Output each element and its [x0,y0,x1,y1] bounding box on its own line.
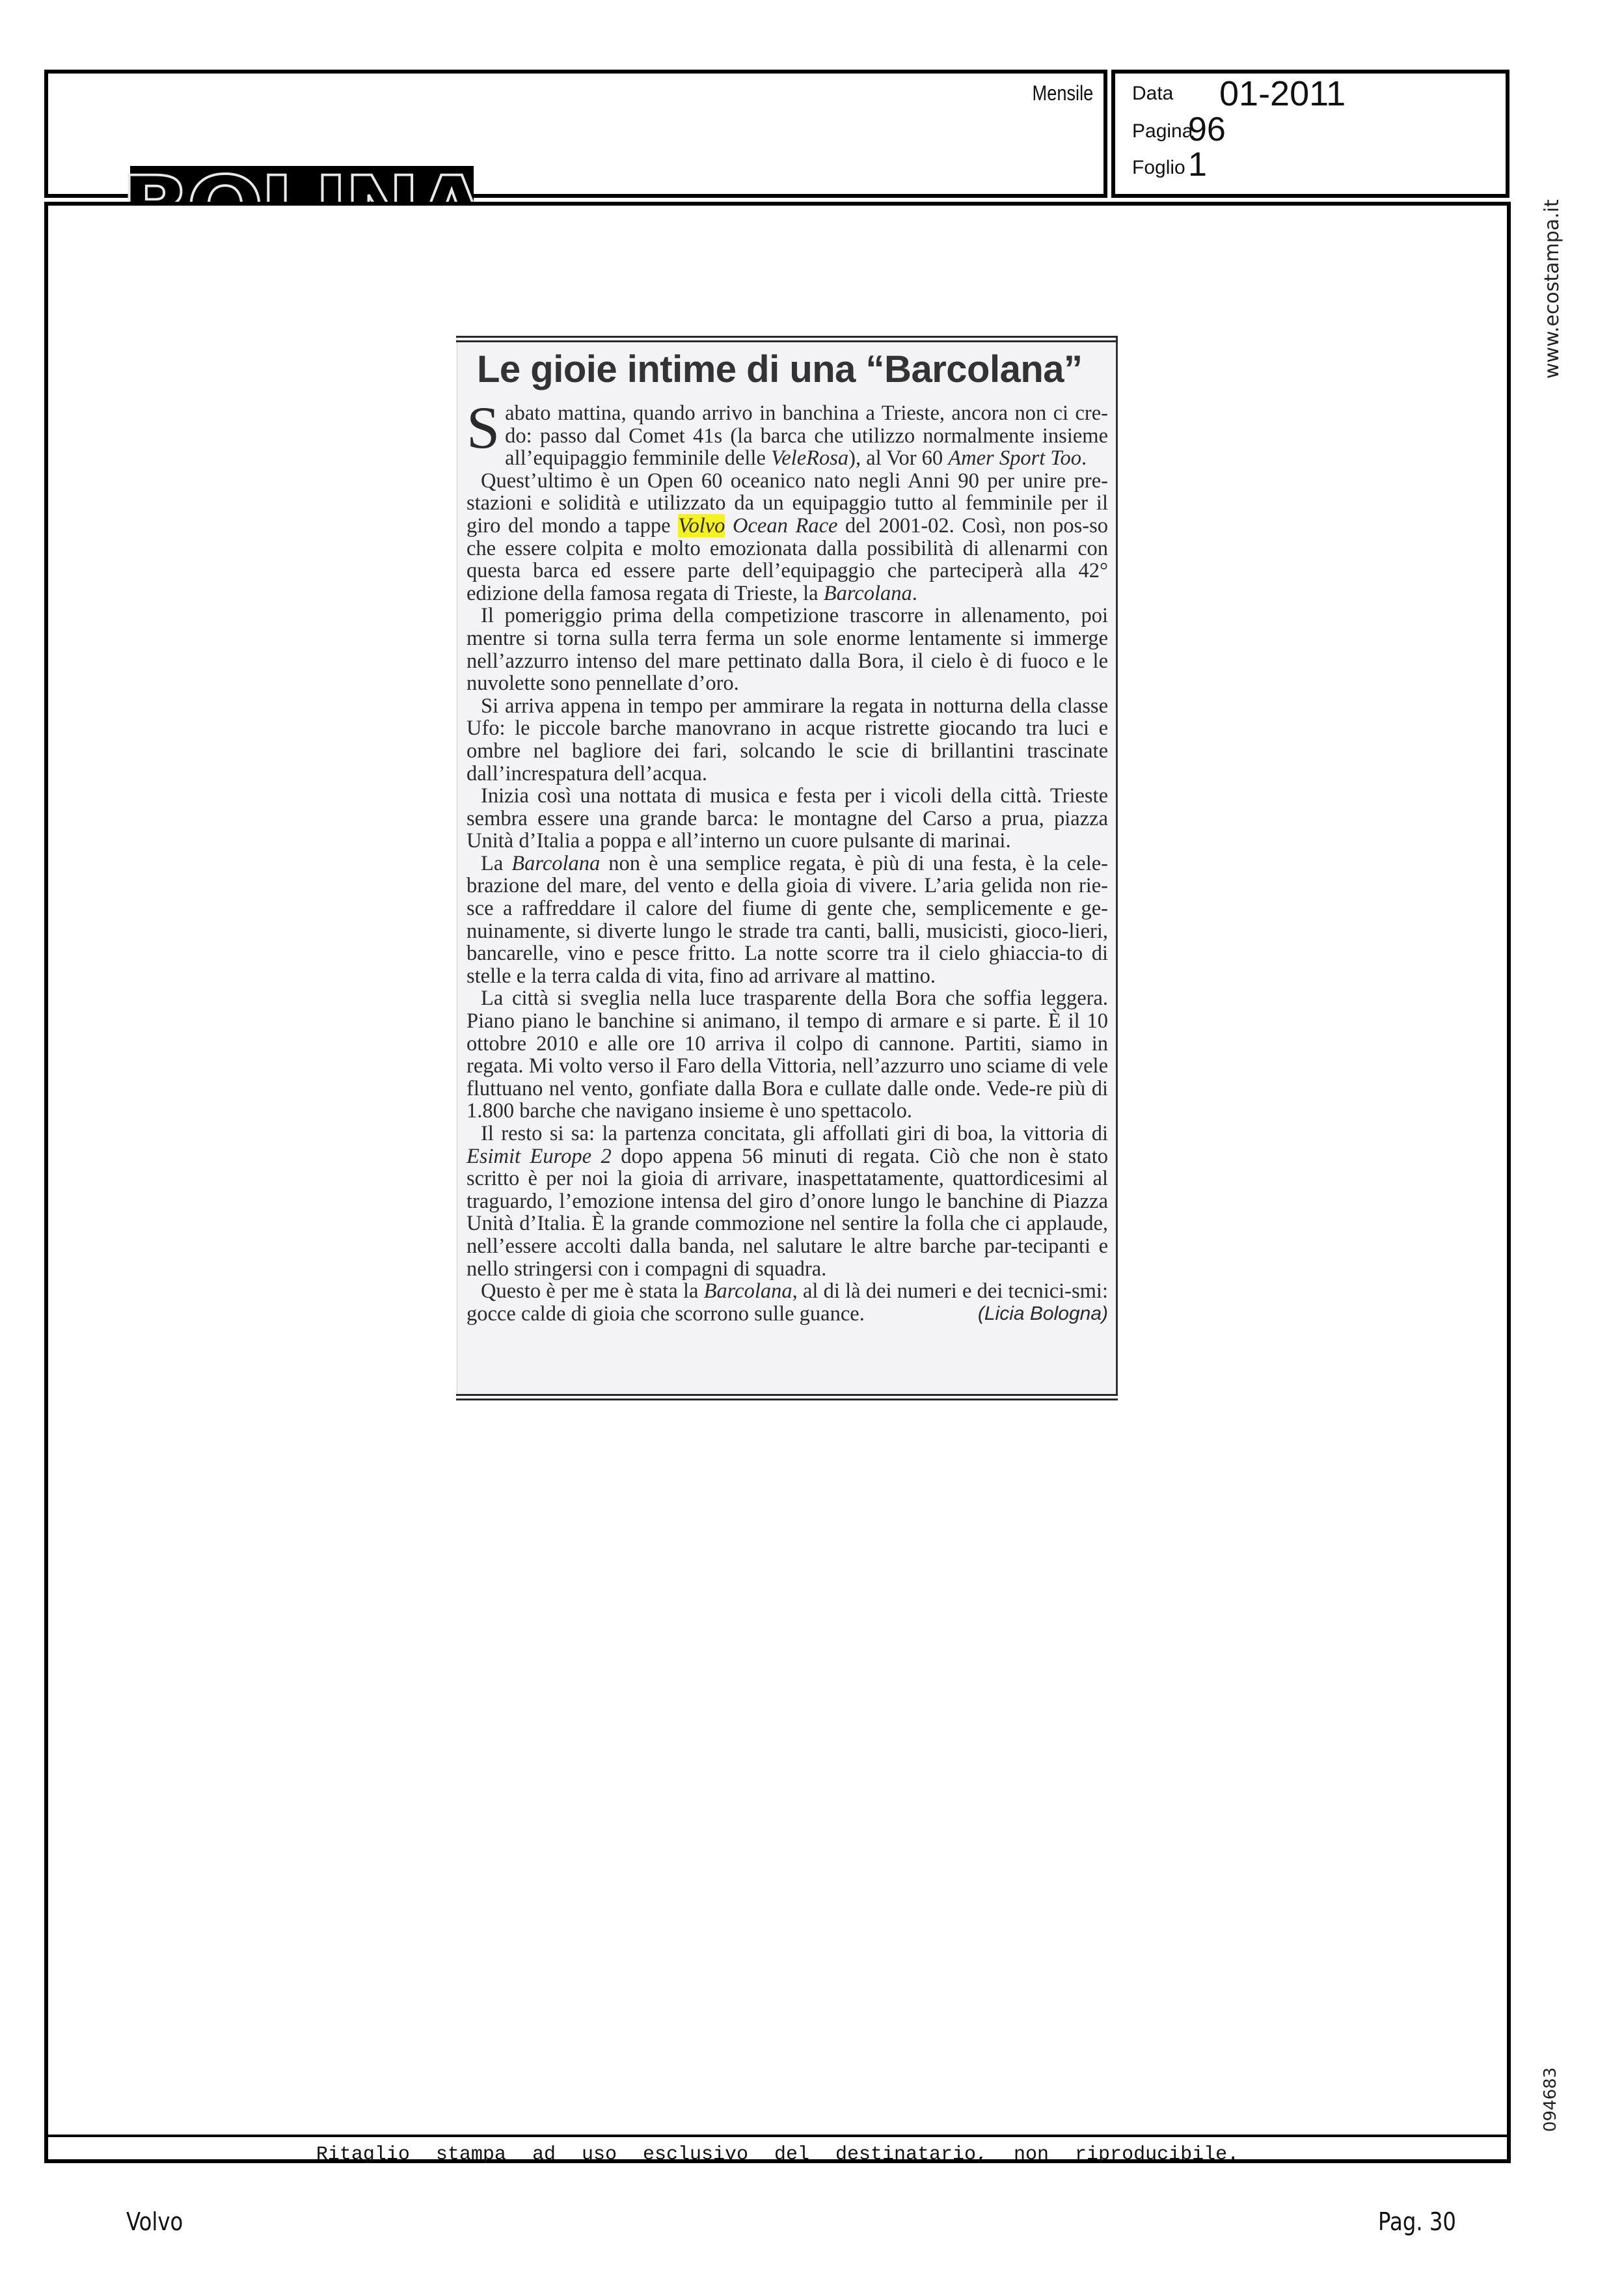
paragraph: Questo è per me è stata la Barcolana, al… [467,1280,1108,1325]
paragraph: Sabato mattina, quando arrivo in banchin… [467,402,1108,470]
author-signature: (Licia Bologna) [964,1303,1108,1326]
paragraph: La città si sveglia nella luce trasparen… [467,987,1108,1123]
header-publication-box: BOLINA Mensile [44,70,1107,198]
page-number: Pag. 30 [1378,2207,1456,2236]
article-body: Sabato mattina, quando arrivo in banchin… [467,402,1108,1325]
drop-cap: S [467,405,500,450]
publication-frequency: Mensile [1032,81,1093,105]
paragraph: Inizia così una nottata di musica e fest… [467,785,1108,853]
data-label: Data [1132,83,1173,105]
reproduction-notice: Ritaglio stampa ad uso esclusivo del des… [48,2144,1507,2166]
document-code: 094683 [1541,2067,1560,2132]
article-headline: Le gioie intime di una “Barcolana” [477,348,1102,391]
header-meta-box: Data 01-2011 Pagina 96 Foglio 1 [1111,70,1509,198]
pagina-label: Pagina [1132,120,1193,143]
client-keyword: Volvo [126,2207,183,2236]
article-clipping: Le gioie intime di una “Barcolana” Sabat… [457,337,1118,1394]
ecostampa-url: www.ecostampa.it [1541,199,1563,379]
paragraph: Si arriva appena in tempo per ammirare l… [467,695,1108,785]
highlighted-keyword: Volvo [678,514,725,538]
paragraph: Il resto si sa: la partenza concitata, g… [467,1123,1108,1280]
data-value: 01-2011 [1219,76,1346,111]
paragraph: Quest’ultimo è un Open 60 oceanico nato … [467,470,1108,605]
foglio-value: 1 [1188,148,1207,182]
paragraph: La Barcolana non è una semplice regata, … [467,853,1108,988]
footer-divider [48,2135,1507,2137]
paragraph: Il pomeriggio prima della competizione t… [467,605,1108,694]
pagina-value: 96 [1188,113,1226,146]
foglio-label: Foglio [1132,157,1185,179]
